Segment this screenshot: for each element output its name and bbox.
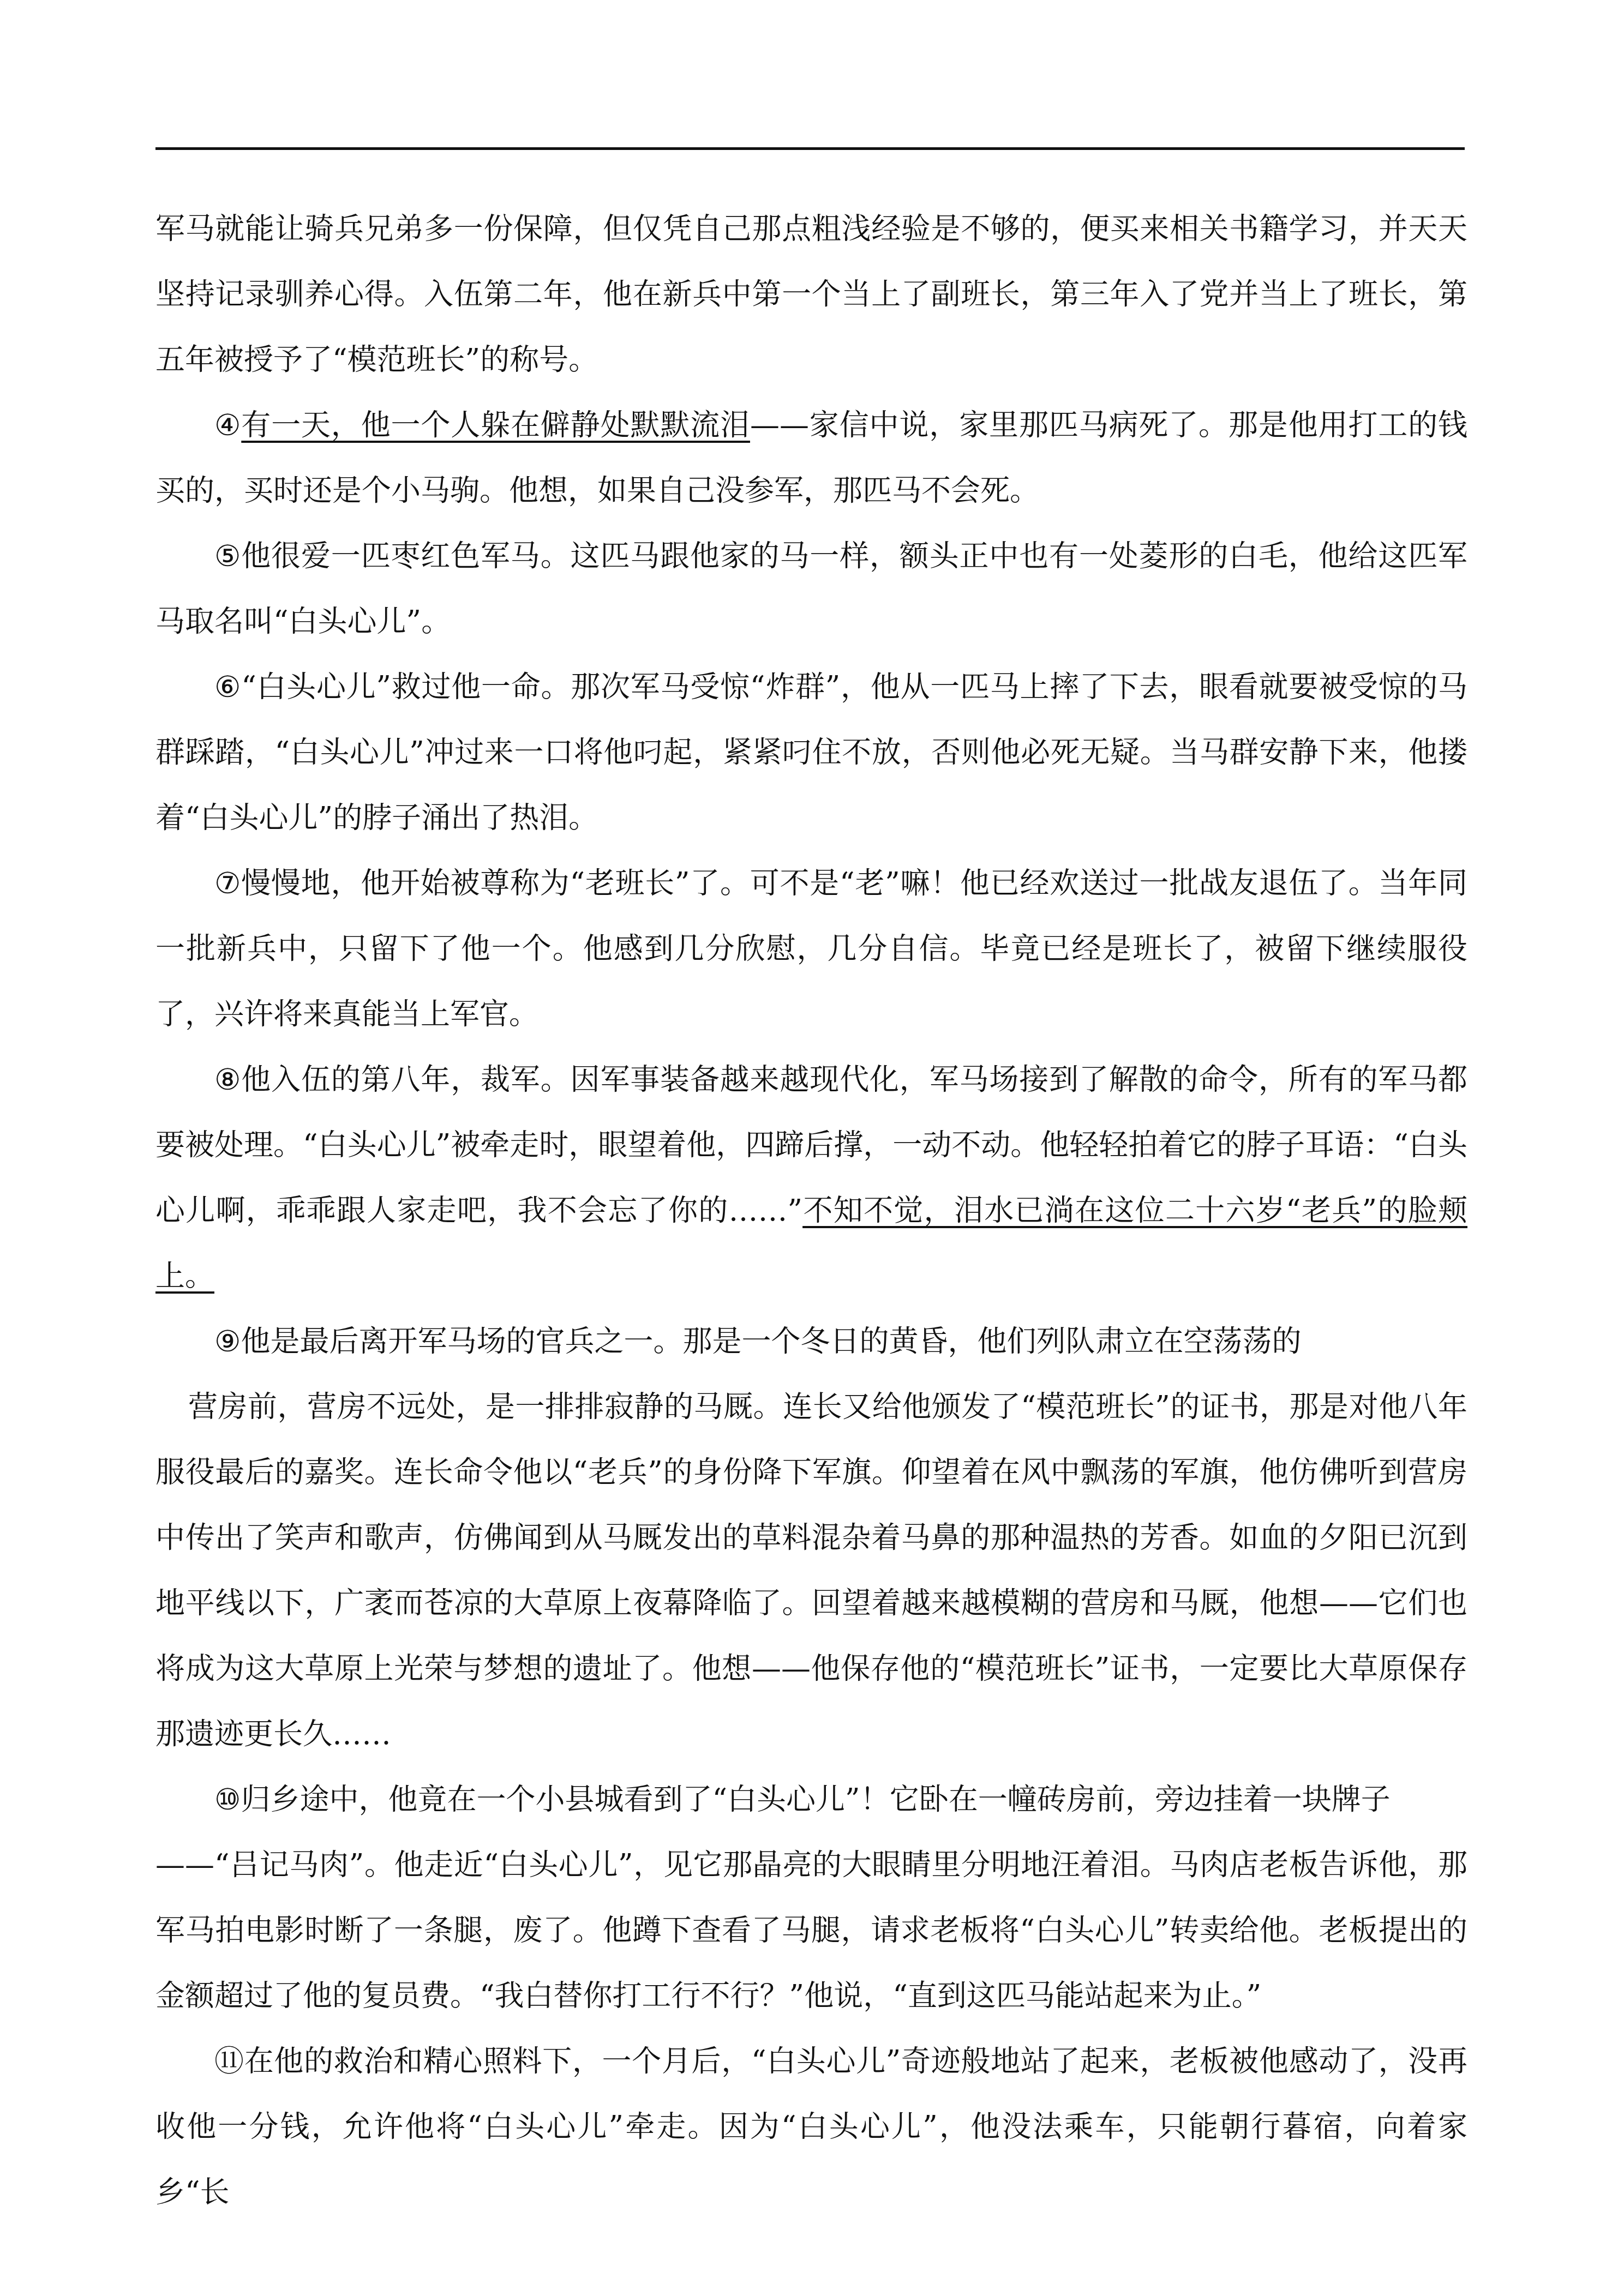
paragraph-10: ⑩归乡途中，他竟在一个小县城看到了“白头心儿”！它卧在一幢砖房前，旁边挂着一块牌… bbox=[155, 1767, 1467, 1832]
underlined-sentence: 有一天，他一个人躲在僻静处默默流泪 bbox=[241, 408, 750, 442]
paragraph-number: ⑤ bbox=[214, 539, 241, 573]
paragraph-number: ⑦ bbox=[214, 866, 241, 900]
paragraph-10-continued: ——“吕记马肉”。他走近“白头心儿”，见它那晶亮的大眼睛里分明地汪着泪。马肉店老… bbox=[155, 1832, 1467, 2029]
paragraph-text: 他是最后离开军马场的官兵之一。那是一个冬日的黄昏，他们列队肃立在空荡荡的 bbox=[241, 1324, 1301, 1359]
paragraph-8: ⑧他入伍的第八年，裁军。因军事装备越来越现代化，军马场接到了解散的命令，所有的军… bbox=[155, 1047, 1467, 1309]
document-body: 军马就能让骑兵兄弟多一份保障，但仅凭自己那点粗浅经验是不够的，便买来相关书籍学习… bbox=[155, 196, 1467, 2225]
paragraph-number: ⑨ bbox=[214, 1324, 241, 1359]
paragraph-9: ⑨他是最后离开军马场的官兵之一。那是一个冬日的黄昏，他们列队肃立在空荡荡的 bbox=[155, 1309, 1467, 1374]
paragraph-7: ⑦慢慢地，他开始被尊称为“老班长”了。可不是“老”嘛！他已经欢送过一批战友退伍了… bbox=[155, 851, 1467, 1047]
paragraph-11: ⑪在他的救治和精心照料下，一个月后，“白头心儿”奇迹般地站了起来，老板被他感动了… bbox=[155, 2029, 1467, 2225]
paragraph-number: ⑧ bbox=[214, 1062, 241, 1097]
paragraph-6: ⑥“白头心儿”救过他一命。那次军马受惊“炸群”，他从一匹马上摔了下去，眼看就要被… bbox=[155, 654, 1467, 851]
paragraph-text: 军马就能让骑兵兄弟多一份保障，但仅凭自己那点粗浅经验是不够的，便买来相关书籍学习… bbox=[155, 212, 1467, 377]
paragraph-text: “白头心儿”救过他一命。那次军马受惊“炸群”，他从一匹马上摔了下去，眼看就要被受… bbox=[155, 670, 1467, 835]
paragraph-text: 在他的救治和精心照料下，一个月后，“白头心儿”奇迹般地站了起来，老板被他感动了，… bbox=[155, 2044, 1467, 2209]
paragraph-9-continued: 营房前，营房不远处，是一排排寂静的马厩。连长又给他颁发了“模范班长”的证书，那是… bbox=[155, 1374, 1467, 1767]
paragraph-number: ④ bbox=[214, 408, 241, 442]
paragraph-number: ⑩ bbox=[214, 1782, 241, 1817]
paragraph-text: ——“吕记马肉”。他走近“白头心儿”，见它那晶亮的大眼睛里分明地汪着泪。马肉店老… bbox=[155, 1848, 1467, 2013]
paragraph-text: 归乡途中，他竟在一个小县城看到了“白头心儿”！它卧在一幢砖房前，旁边挂着一块牌子 bbox=[241, 1782, 1390, 1817]
paragraph-number: ⑪ bbox=[214, 2044, 244, 2078]
paragraph-text: 营房前，营房不远处，是一排排寂静的马厩。连长又给他颁发了“模范班长”的证书，那是… bbox=[155, 1390, 1467, 1751]
paragraph-text: 他很爱一匹枣红色军马。这匹马跟他家的马一样，额头正中也有一处菱形的白毛，他给这匹… bbox=[155, 539, 1467, 639]
paragraph-5: ⑤他很爱一匹枣红色军马。这匹马跟他家的马一样，额头正中也有一处菱形的白毛，他给这… bbox=[155, 524, 1467, 654]
paragraph-3-continued: 军马就能让骑兵兄弟多一份保障，但仅凭自己那点粗浅经验是不够的，便买来相关书籍学习… bbox=[155, 196, 1467, 393]
header-rule bbox=[155, 147, 1465, 150]
paragraph-text: 慢慢地，他开始被尊称为“老班长”了。可不是“老”嘛！他已经欢送过一批战友退伍了。… bbox=[155, 866, 1467, 1031]
paragraph-4: ④有一天，他一个人躲在僻静处默默流泪——家信中说，家里那匹马病死了。那是他用打工… bbox=[155, 393, 1467, 524]
paragraph-number: ⑥ bbox=[214, 670, 241, 704]
